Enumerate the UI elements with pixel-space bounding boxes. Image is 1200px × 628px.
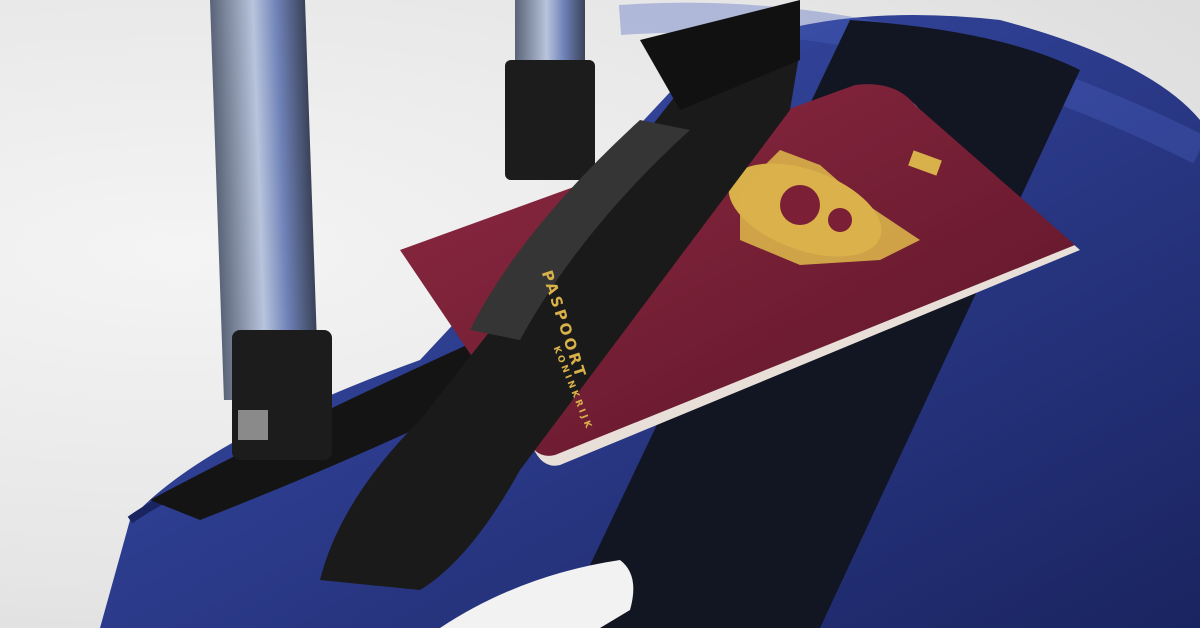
photo-scene: PASPOORT KONINKRIJK <box>0 0 1200 628</box>
trolley-pole-right <box>505 0 595 180</box>
suitcase-photo <box>0 0 1200 628</box>
trolley-pole-left <box>210 0 332 460</box>
